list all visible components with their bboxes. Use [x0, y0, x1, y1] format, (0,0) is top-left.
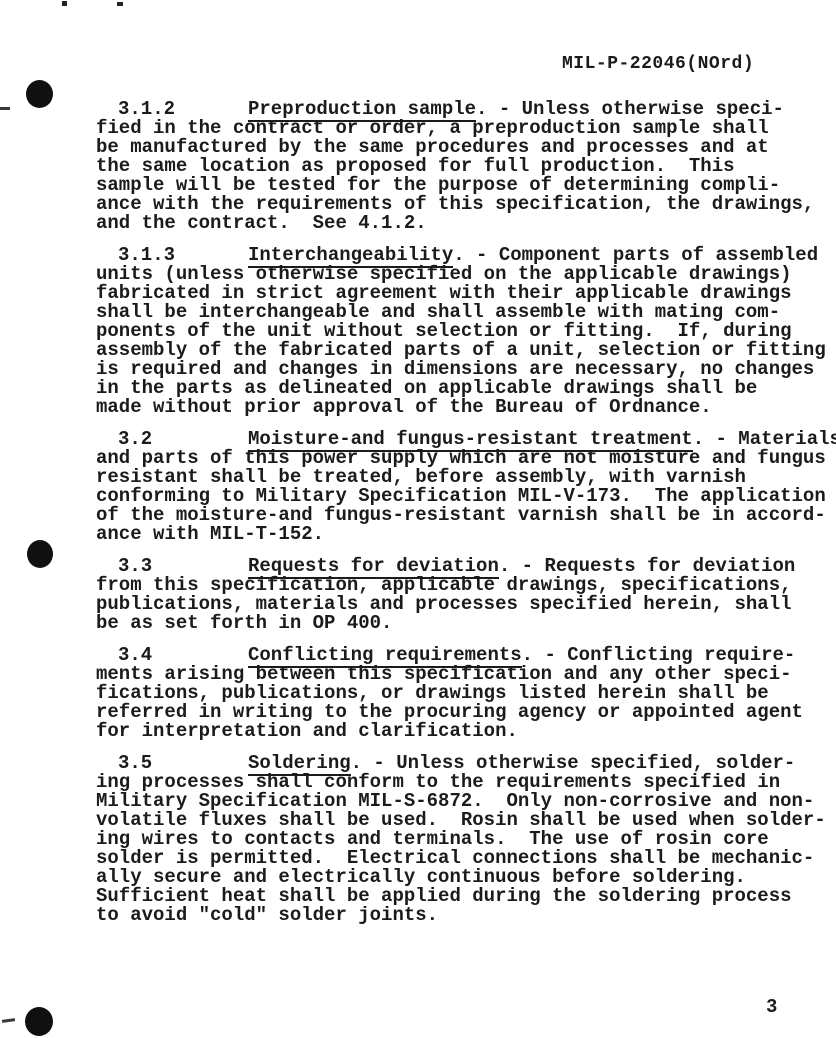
punch-hole-mark: [26, 80, 53, 108]
text-line: made without prior approval of the Burea…: [96, 398, 836, 417]
text-line: for interpretation and clarification.: [96, 722, 836, 741]
scan-dash: [0, 107, 10, 110]
scan-speck: [62, 1, 67, 6]
spec-paragraph: 3.1.2Preproduction sample. - Unless othe…: [96, 100, 836, 233]
doc-number: MIL-P-22046(NOrd): [562, 54, 754, 74]
punch-hole-mark: [27, 540, 53, 568]
spec-paragraph: 3.4Conflicting requirements. - Conflicti…: [96, 646, 836, 741]
spec-paragraph: 3.2Moisture-and fungus-resistant treatme…: [96, 430, 836, 544]
text-line: ance with MIL-T-152.: [96, 525, 836, 544]
spec-paragraph: 3.3Requests for deviation. - Requests fo…: [96, 557, 836, 633]
spec-paragraph: 3.5Soldering. - Unless otherwise specifi…: [96, 754, 836, 925]
text-line: and the contract. See 4.1.2.: [96, 214, 836, 233]
document-body: 3.1.2Preproduction sample. - Unless othe…: [96, 100, 836, 925]
document-page: MIL-P-22046(NOrd) 3.1.2Preproduction sam…: [0, 0, 836, 1038]
page-number: 3: [766, 996, 777, 1018]
scan-speck: [117, 2, 123, 6]
text-line: to avoid "cold" solder joints.: [96, 906, 836, 925]
punch-hole-mark: [25, 1007, 53, 1036]
scan-dash: [2, 1018, 15, 1023]
text-line: be as set forth in OP 400.: [96, 614, 836, 633]
spec-paragraph: 3.1.3Interchangeability. - Component par…: [96, 246, 836, 417]
